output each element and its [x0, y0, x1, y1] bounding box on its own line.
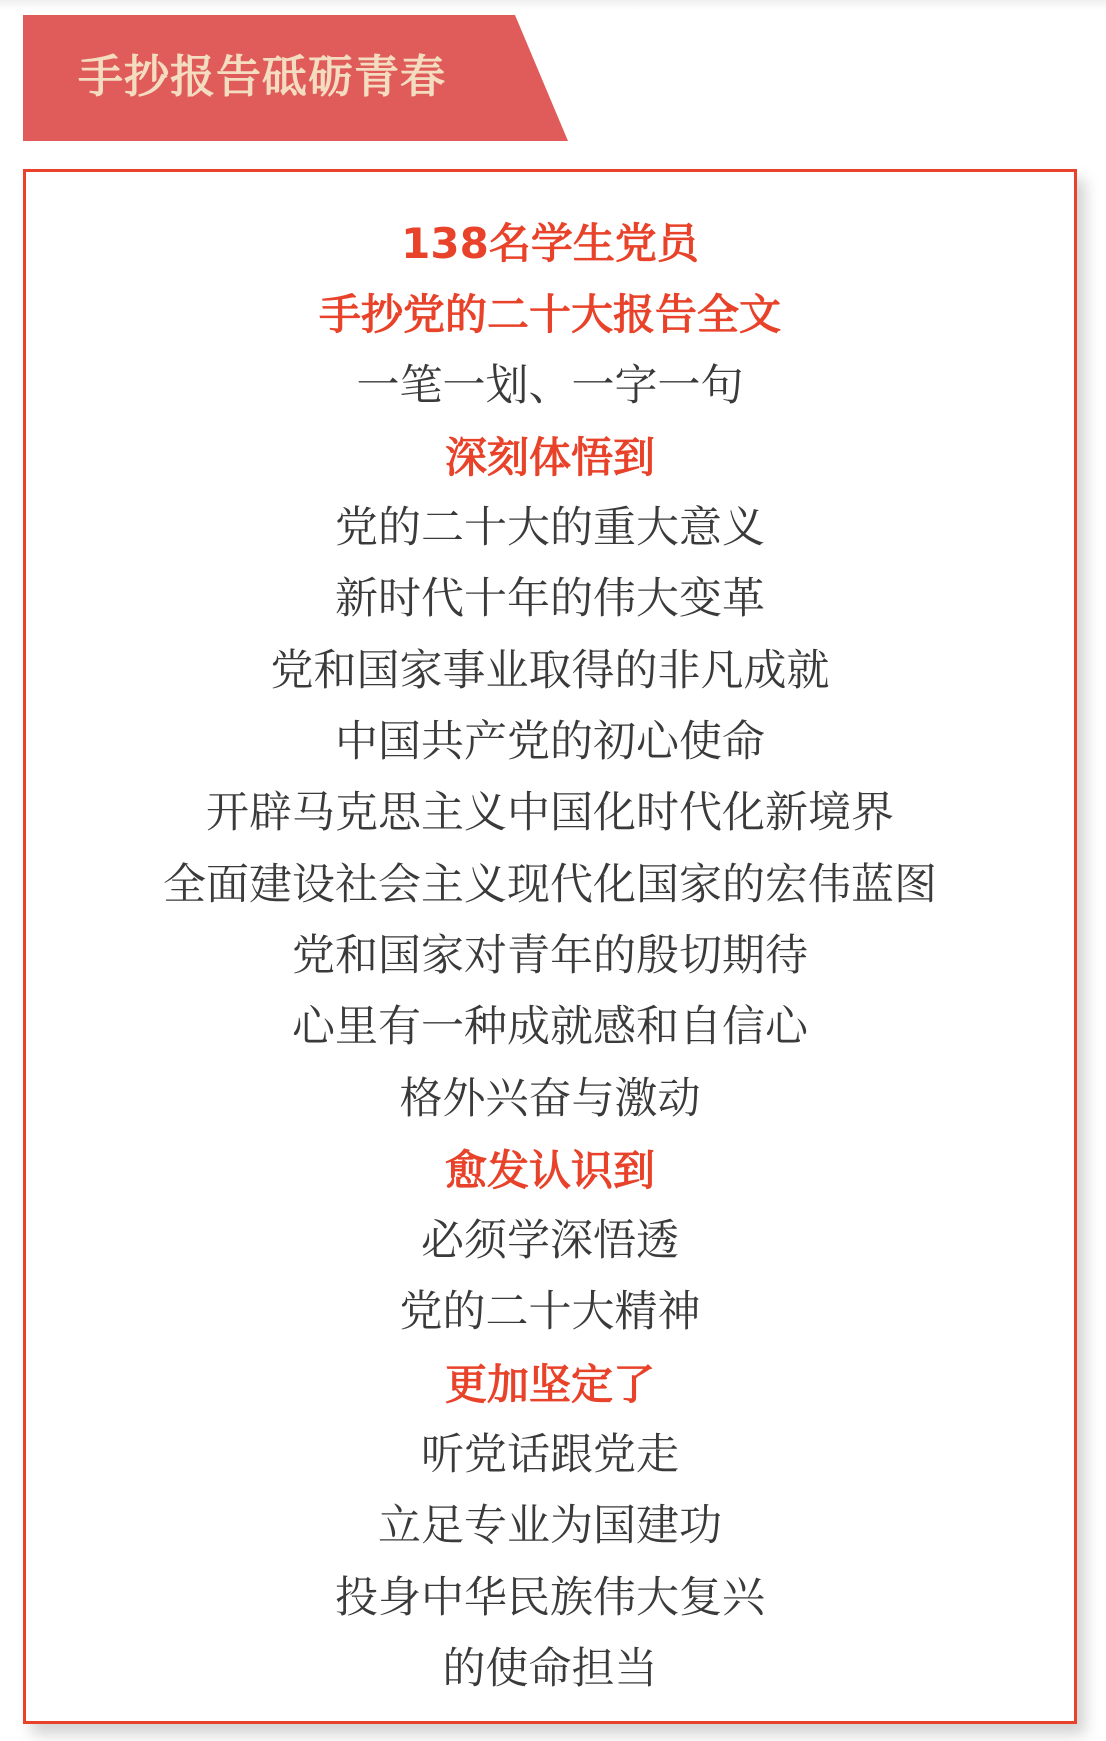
text-line: 心里有一种成就感和自信心 [26, 992, 1074, 1063]
text-line: 投身中华民族伟大复兴 [26, 1563, 1074, 1634]
text-line: 的使命担当 [26, 1634, 1074, 1705]
text-line: 格外兴奋与激动 [26, 1064, 1074, 1135]
text-line: 听党话跟党走 [26, 1420, 1074, 1491]
text-line: 开辟马克思主义中国化时代化新境界 [26, 778, 1074, 849]
text-line: 新时代十年的伟大变革 [26, 564, 1074, 635]
text-line: 全面建设社会主义现代化国家的宏伟蓝图 [26, 850, 1074, 921]
text-line: 党和国家对青年的殷切期待 [26, 921, 1074, 992]
text-line: 党的二十大的重大意义 [26, 493, 1074, 564]
emphasis-line-increasingly-aware: 愈发认识到 [26, 1135, 1074, 1206]
emphasis-line-deeply-realized: 深刻体悟到 [26, 422, 1074, 493]
text-line: 一笔一划、一字一句 [26, 351, 1074, 422]
content-box: 138名学生党员 手抄党的二十大报告全文 一笔一划、一字一句 深刻体悟到 党的二… [23, 169, 1077, 1724]
text-lines: 138名学生党员 手抄党的二十大报告全文 一笔一划、一字一句 深刻体悟到 党的二… [26, 208, 1074, 1705]
text-line: 立足专业为国建功 [26, 1491, 1074, 1562]
text-line: 党和国家事业取得的非凡成就 [26, 636, 1074, 707]
emphasis-line-copy-report: 手抄党的二十大报告全文 [26, 279, 1074, 350]
text-line: 中国共产党的初心使命 [26, 707, 1074, 778]
top-shadow-strip [0, 0, 1106, 10]
section-title: 手抄报告砥砺青春 [78, 47, 446, 107]
text-line: 党的二十大精神 [26, 1277, 1074, 1348]
emphasis-line-student-members: 138名学生党员 [26, 208, 1074, 279]
text-line: 必须学深悟透 [26, 1206, 1074, 1277]
emphasis-line-more-determined: 更加坚定了 [26, 1349, 1074, 1420]
